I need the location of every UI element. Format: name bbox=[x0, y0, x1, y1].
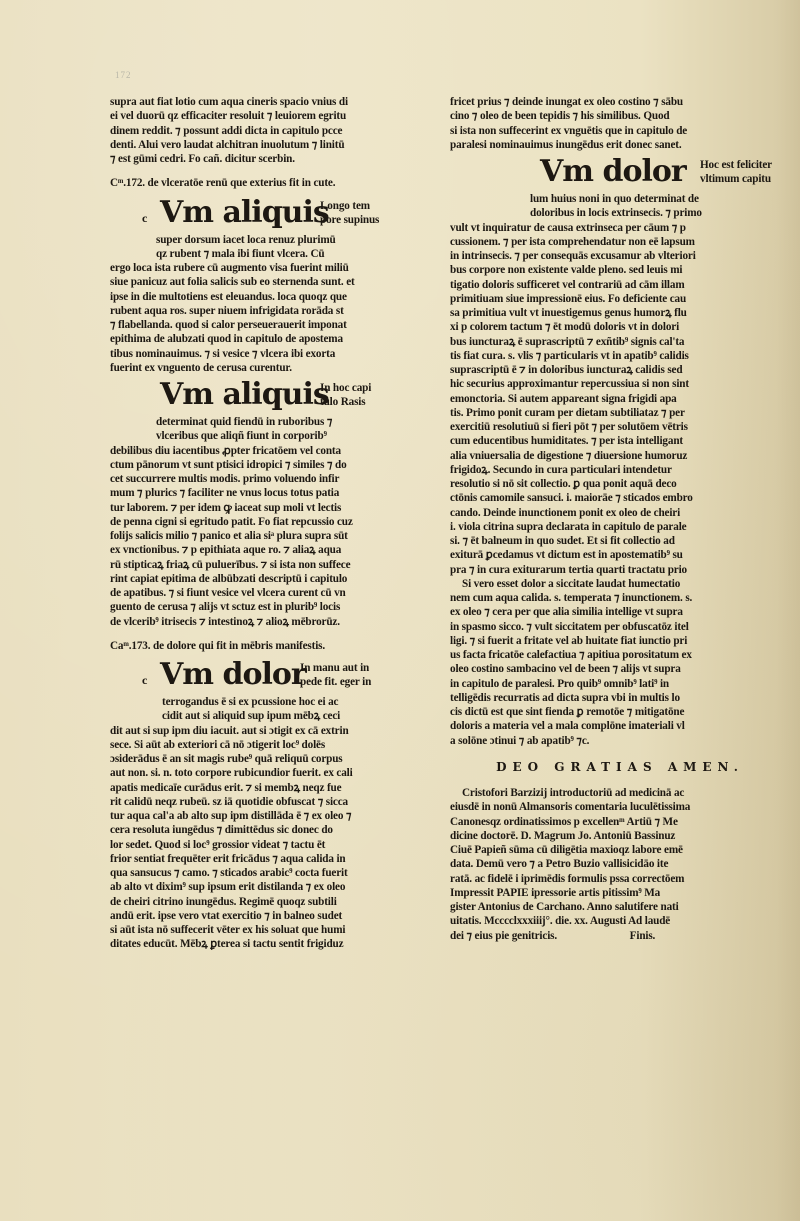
text-line: vult vt inquiratur de causa extrinseca p… bbox=[450, 221, 790, 235]
paragraph-1: ergo loca ista rubere cū augmento visa f… bbox=[110, 261, 438, 375]
text-line: ergo loca ista rubere cū augmento visa f… bbox=[110, 261, 438, 275]
lemma-initial: Vm dolor bbox=[540, 154, 686, 190]
text-line: andū erit. ipse vero vtat exercitio ⁊ in… bbox=[110, 909, 438, 923]
side-line: pede fit. eger in bbox=[300, 675, 371, 689]
paragraph-3: dit aut si sup ipm diu iacuit. aut si ɔt… bbox=[110, 724, 438, 952]
colophon-last-line: dei ⁊ eius pie genitricis. bbox=[450, 930, 557, 942]
text-line: siue panicuz aut folia salicis sub eo st… bbox=[110, 275, 438, 289]
paragraph-5: Si vero esset dolor a siccitate laudat h… bbox=[450, 577, 790, 748]
text-line: dei ⁊ eius pie genitricis. Finis. bbox=[450, 929, 790, 943]
side-line: vltimum capitu bbox=[700, 172, 772, 186]
incunabulum-page: 172 supra aut fiat lotio cum aqua cineri… bbox=[0, 0, 800, 1221]
text-line: ex vnctionibus. ⁊ p epithiata aque ro. ⁊… bbox=[110, 543, 438, 557]
text-line: Cristofori Barzizij introductoriū ad med… bbox=[450, 786, 790, 800]
text-line: ligi. ⁊ si fuerit a fritate vel ab huita… bbox=[450, 634, 790, 648]
lemma-cum-aliquis-2: Vm aliquis In hoc capi tulo Rasis bbox=[110, 379, 438, 415]
text-line: denti. Alui vero laudat alchitran inuolu… bbox=[110, 138, 438, 152]
text-line: cidit aut si aliquid sup ipum mēbꝝ ceci bbox=[110, 709, 438, 723]
text-line: cera resoluta iungēdus ⁊ dimittēdus sic … bbox=[110, 823, 438, 837]
finis-mark: Finis. bbox=[630, 929, 656, 943]
text-line: bus iuncturaꝝ ē suprascriptū ⁊ exñtib⁹ s… bbox=[450, 335, 790, 349]
text-line: rū stipticaꝝ friaꝝ cū puluerībus. ⁊ si i… bbox=[110, 558, 438, 572]
text-line: dicine doctorē. D. Magrum Jo. Antoniū Ba… bbox=[450, 829, 790, 843]
lemma-cum-aliquis-1: c Vm aliquis Longo tem pore supinus bbox=[110, 197, 438, 233]
text-line: frior sentiat frequēter erit fricādus ⁊ … bbox=[110, 852, 438, 866]
lemma-initial: Vm dolor bbox=[160, 657, 306, 693]
paragraph-2: debilibus diu iacentibus ꝓpter fricatōem… bbox=[110, 444, 438, 629]
text-line: ɔsiderādus ē an sit magis rube⁹ quā reli… bbox=[110, 752, 438, 766]
text-line: cussionem. ⁊ per ista comprehendatur non… bbox=[450, 235, 790, 249]
text-line: emonctoria. Si autem appareant signa fri… bbox=[450, 392, 790, 406]
side-line: In manu aut in bbox=[300, 661, 371, 675]
text-line: a solōne ɔtinui ⁊ ab apatib⁹ ⁊c. bbox=[450, 734, 790, 748]
text-line: qz rubent ⁊ mala ibi fiunt vlcera. Cū bbox=[110, 247, 438, 261]
text-line: rubent aqua ros. super niuem infrigidata… bbox=[110, 304, 438, 318]
text-line: epithima de alubzati quod in capitulo de… bbox=[110, 332, 438, 346]
text-line: aut non. si. n. toto corpore rubicundior… bbox=[110, 766, 438, 780]
text-line: pra ⁊ in cura exiturarum tertia quarti t… bbox=[450, 563, 790, 577]
text-line: apatis medicaīe curādus erit. ⁊ si membꝝ… bbox=[110, 781, 438, 795]
folio-number: 172 bbox=[115, 70, 132, 80]
text-line: si ista non suffecerint ex vnguētis que … bbox=[450, 124, 790, 138]
text-line: mum ⁊ plurics ⁊ faciliter ne vnus locus … bbox=[110, 486, 438, 500]
text-line: nem cum aqua calida. s. temperata ⁊ inun… bbox=[450, 591, 790, 605]
lemma-side-text: Hoc est feliciter vltimum capitu bbox=[700, 158, 772, 186]
text-line: xi p colorem tactum ⁊ ēt modū doloris vt… bbox=[450, 320, 790, 334]
left-column: supra aut fiat lotio cum aqua cineris sp… bbox=[110, 95, 438, 952]
text-line: paralesi nominauimus inungēdus erit done… bbox=[450, 138, 790, 152]
side-line: Hoc est feliciter bbox=[700, 158, 772, 172]
text-line: eiusdē in nonū Almansoris comentaria luc… bbox=[450, 800, 790, 814]
text-line: tur laborem. ⁊ per idem ꝙ iaceat sup mol… bbox=[110, 501, 438, 515]
explicit-deo-gratias: DEO GRATIAS AMEN. bbox=[450, 760, 790, 774]
text-line: in spasmo sicco. ⁊ vult siccitatem per o… bbox=[450, 620, 790, 634]
text-line: folijs salicis milio ⁊ panico et alia si… bbox=[110, 529, 438, 543]
text-line: ipse in die multotiens est eleuandus. lo… bbox=[110, 290, 438, 304]
text-line: sece. Si aūt ab exteriori cā nō ɔtigerit… bbox=[110, 738, 438, 752]
lemma-side-text: Longo tem pore supinus bbox=[320, 199, 379, 227]
text-line: guento de cerusa ⁊ alijs vt sctuz est in… bbox=[110, 600, 438, 614]
text-line: tur aqua cal'a ab alto sup ipm distillād… bbox=[110, 809, 438, 823]
text-line: dit aut si sup ipm diu iacuit. aut si ɔt… bbox=[110, 724, 438, 738]
side-line: Longo tem bbox=[320, 199, 379, 213]
side-line: tulo Rasis bbox=[320, 395, 371, 409]
text-line: Impressit PAPIE ipressorie artis pitissi… bbox=[450, 886, 790, 900]
text-line: Canonesqz ordinatissimos p excellenᵐ Art… bbox=[450, 815, 790, 829]
chapter-heading-172: Cᵐ.172. de vlceratōe renū que exterius f… bbox=[110, 176, 438, 190]
lemma-initial: Vm aliquis bbox=[160, 195, 329, 231]
text-line: ditates educūt. Mēbꝝ ꝑterea si tactu sen… bbox=[110, 937, 438, 951]
text-line: si aūt ista nō suffecerit vēter ex his s… bbox=[110, 923, 438, 937]
text-line: ⁊ est gūmi cedri. Fo cañ. dicitur scerbi… bbox=[110, 152, 438, 166]
text-line: Ciuē Papieñ sūma cū diligētia maxioqz la… bbox=[450, 843, 790, 857]
text-line: sa primitiua vult vt inuestigemus genus … bbox=[450, 306, 790, 320]
text-line: Si vero esset dolor a siccitate laudat h… bbox=[450, 577, 790, 591]
text-line: doloris a materia vel a mala complōne im… bbox=[450, 719, 790, 733]
text-line: ei vel duorū qz efficaciter resoluit ⁊ l… bbox=[110, 109, 438, 123]
text-line: cis dictū est que sint fienda ꝑ remotōe … bbox=[450, 705, 790, 719]
text-line: terrogandus ē si ex pcussione hoc ei ac bbox=[110, 695, 438, 709]
text-line: ⁊ flabellanda. quod si calor perseueraue… bbox=[110, 318, 438, 332]
text-line: bus corpore non existente valde pleno. s… bbox=[450, 263, 790, 277]
text-line: cum educentibus humiditates. ⁊ per ista … bbox=[450, 434, 790, 448]
text-line: in intrinsecis. ⁊ per consequās excusamu… bbox=[450, 249, 790, 263]
text-line: doloribus in locis extrinsecis. ⁊ primo bbox=[450, 206, 790, 220]
text-line: telligēdis recurratis ad dicta supra vbi… bbox=[450, 691, 790, 705]
right-top-paragraph: fricet prius ⁊ deinde inungat ex oleo co… bbox=[450, 95, 790, 152]
text-line: ctum pānorum vt sunt ptisici idropici ⁊ … bbox=[110, 458, 438, 472]
text-line: cando. Deinde inunctionem ponit ex oleo … bbox=[450, 506, 790, 520]
text-line: alia vniuersalia de digestione ⁊ diuersi… bbox=[450, 449, 790, 463]
text-line: lor sedet. Quod si loc⁹ grossior videat … bbox=[110, 838, 438, 852]
lemma-side-text: In manu aut in pede fit. eger in bbox=[300, 661, 371, 689]
text-line: fricet prius ⁊ deinde inungat ex oleo co… bbox=[450, 95, 790, 109]
lemma-cum-dolor-2: Vm dolor Hoc est feliciter vltimum capit… bbox=[450, 156, 790, 192]
text-line: exiturā ꝑcedamus vt dictum est in aposte… bbox=[450, 548, 790, 562]
text-line: tis. Primo ponit curam per dietam subtil… bbox=[450, 406, 790, 420]
text-line: rit calidū neqz rubeū. sz iā quotidie ob… bbox=[110, 795, 438, 809]
text-line: hic securius approximantur repercussiua … bbox=[450, 377, 790, 391]
text-line: super dorsum iacet loca renuz plurimū bbox=[110, 233, 438, 247]
text-line: determinat quid fiendū in ruboribus ⁊ bbox=[110, 415, 438, 429]
text-line: ex oleo ⁊ cera per que alia similia inte… bbox=[450, 605, 790, 619]
lemma-cum-dolor-1: c Vm dolor In manu aut in pede fit. eger… bbox=[110, 659, 438, 695]
guide-letter: c bbox=[142, 211, 147, 225]
text-line: cino ⁊ oleo de been tepidis ⁊ his simili… bbox=[450, 109, 790, 123]
text-line: primitiuam siue impressionē eius. Fo def… bbox=[450, 292, 790, 306]
text-line: data. Demū vero ⁊ a Petro Buzio vallisic… bbox=[450, 857, 790, 871]
text-line: dinem reddit. ⁊ possunt addi dicta in ca… bbox=[110, 124, 438, 138]
text-line: us facta fricatōe calefactiua ⁊ apitiua … bbox=[450, 648, 790, 662]
text-line: qua sansucus ⁊ camo. ⁊ sticados arabic⁹ … bbox=[110, 866, 438, 880]
text-line: gister Antonius de Carchano. Anno saluti… bbox=[450, 900, 790, 914]
text-line: tis fiat cura. s. vlis ⁊ particularis vt… bbox=[450, 349, 790, 363]
text-line: lum huius noni in quo determinat de bbox=[450, 192, 790, 206]
text-line: resolutio si nō sit collectio. ꝑ qua pon… bbox=[450, 477, 790, 491]
guide-letter: c bbox=[142, 673, 147, 687]
text-line: de penna cigni si egritudo patit. Fo fia… bbox=[110, 515, 438, 529]
text-line: tibus nominauimus. ⁊ si vesice ⁊ vlcera … bbox=[110, 347, 438, 361]
paragraph-4: vult vt inquiratur de causa extrinseca p… bbox=[450, 221, 790, 577]
text-line: ctōnis camomile sansuci. i. maiorāe ⁊ st… bbox=[450, 491, 790, 505]
text-line: tigatio doloris sufficeret vel contrariū… bbox=[450, 278, 790, 292]
text-line: supra aut fiat lotio cum aqua cineris sp… bbox=[110, 95, 438, 109]
text-line: uitatis. Mcccclxxxiiij°. die. xx. August… bbox=[450, 914, 790, 928]
left-top-paragraph: supra aut fiat lotio cum aqua cineris sp… bbox=[110, 95, 438, 166]
text-line: in capitulo de paralesi. Pro quib⁹ omnib… bbox=[450, 677, 790, 691]
text-line: exercitiū resolutiuū si fieri pōt ⁊ per … bbox=[450, 420, 790, 434]
side-line: In hoc capi bbox=[320, 381, 371, 395]
lemma-side-text: In hoc capi tulo Rasis bbox=[320, 381, 371, 409]
text-line: fuerint ex vnguento de cerusa curentur. bbox=[110, 361, 438, 375]
chapter-heading-173: Caᵐ.173. de dolore qui fit in mēbris man… bbox=[110, 639, 438, 653]
text-line: ratā. ac fidelē i iprimēdis formulis pss… bbox=[450, 872, 790, 886]
text-line: oleo costino sambacino vel de been ⁊ ali… bbox=[450, 662, 790, 676]
text-line: vlceribus que aliqñ fiunt in corporib⁹ bbox=[110, 429, 438, 443]
lemma-initial: Vm aliquis bbox=[160, 377, 329, 413]
text-line: ab alto vt dixim⁹ sup ipsum erit distila… bbox=[110, 880, 438, 894]
side-line: pore supinus bbox=[320, 213, 379, 227]
text-line: frigidoꝝ. Secundo in cura particulari in… bbox=[450, 463, 790, 477]
text-line: cet succurrere multis modis. primo volue… bbox=[110, 472, 438, 486]
text-line: suprascriptū ē ⁊ in doloribus iuncturaꝝ … bbox=[450, 363, 790, 377]
colophon: Cristofori Barzizij introductoriū ad med… bbox=[450, 786, 790, 943]
text-line: de cheiri citrino inungēdus. Regimē quoq… bbox=[110, 895, 438, 909]
text-line: si. ⁊ ēt balneum in quo sudet. Et si fit… bbox=[450, 534, 790, 548]
text-line: i. viola citrina supra declarata in capi… bbox=[450, 520, 790, 534]
right-column: fricet prius ⁊ deinde inungat ex oleo co… bbox=[450, 95, 790, 943]
text-line: de vlcerib⁹ itrisecis ⁊ intestinoꝝ ⁊ ali… bbox=[110, 615, 438, 629]
text-line: debilibus diu iacentibus ꝓpter fricatōem… bbox=[110, 444, 438, 458]
text-line: de apatibus. ⁊ si fiunt vesice vel vlcer… bbox=[110, 586, 438, 600]
text-line: rint capiat epitima de albūbzati descrip… bbox=[110, 572, 438, 586]
